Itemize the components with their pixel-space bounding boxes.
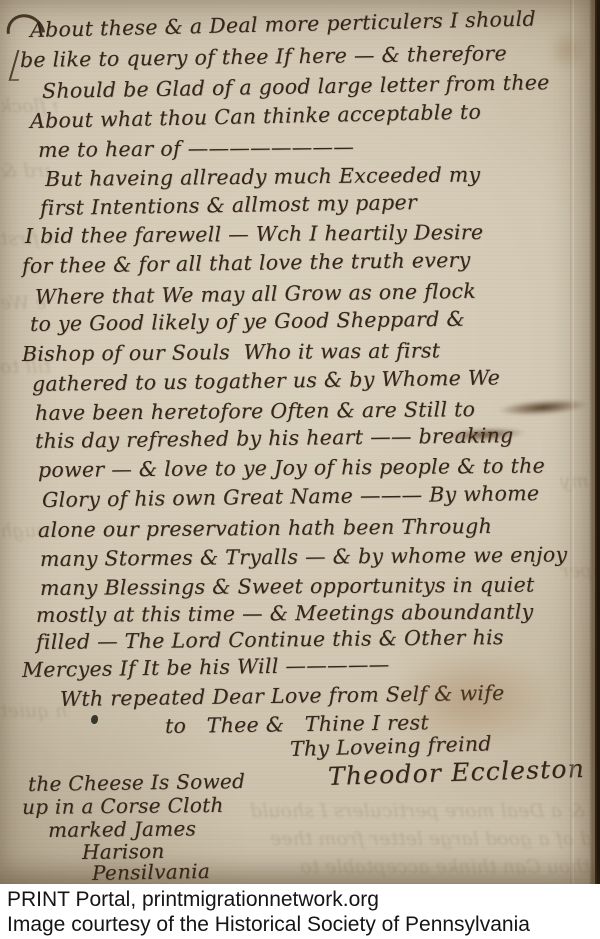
bleedthrough-ink: About what thou Can thinke acceptable to [300, 856, 590, 883]
bleedthrough-ink: Should be Glad of a good large letter fr… [270, 828, 590, 855]
manuscript-line: Glory of his own Great Name ——— By whome [42, 481, 540, 512]
manuscript-photo: Where that We may all Grow as one flock … [0, 0, 600, 884]
manuscript-line: Thy Loveing freind [290, 731, 492, 761]
signature: Theodor Eccleston [328, 754, 586, 791]
manuscript-line: to ye Good likely of ye Good Sheppard & [30, 307, 465, 336]
paper-stain [548, 30, 588, 70]
caption-credit: Image courtesy of the Historical Society… [0, 912, 600, 937]
manuscript-line: mostly at this time — & Meetings abounda… [36, 600, 534, 627]
caption-bar: PRINT Portal, printmigrationnetwork.org … [0, 884, 600, 939]
manuscript-line: Should be Glad of a good large letter fr… [42, 70, 550, 103]
bleedthrough-ink: to ye Good likely of ye Good Sheppard & [0, 160, 50, 187]
bleedthrough-ink: About these & a Deal more perticulers I … [250, 800, 590, 827]
ink-speck [91, 715, 98, 724]
manuscript-line: for thee & for all that love the truth e… [22, 248, 471, 278]
manuscript-line: gathered to us togather us & by Whome We [32, 365, 500, 396]
manuscript-line: But haveing allready much Exceeded my [45, 162, 481, 191]
manuscript-line: About these & a Deal more perticulers I … [30, 7, 536, 42]
page-edge-shadow [589, 0, 600, 884]
manuscript-line: Bishop of our Souls Who it was at first [22, 338, 440, 366]
manuscript-line: me to hear of ———————— [38, 135, 354, 162]
manuscript-line: alone our preservation hath been Through [38, 514, 492, 542]
postscript-line: Pensilvania [92, 859, 210, 884]
page-crease [570, 0, 574, 884]
postscript-line: the Cheese Is Sowed [28, 769, 245, 796]
manuscript-line: power — & love to ye Joy of his people &… [38, 454, 545, 482]
manuscript-line: have been heretofore Often & are Still t… [35, 397, 475, 425]
manuscript-line: be like to query of thee If here — & the… [20, 41, 507, 72]
ink-smudge [498, 397, 589, 418]
manuscript-line: About what thou Can thinke acceptable to [30, 100, 482, 133]
manuscript-line: many Blessings & Sweet opportunitys in q… [40, 573, 535, 600]
manuscript-line: Wth repeated Dear Love from Self & wife [60, 681, 505, 711]
caption-source: PRINT Portal, printmigrationnetwork.org [0, 884, 600, 912]
manuscript-line: many Stormes & Tryalls — & by whome we e… [40, 542, 568, 571]
postscript-line: marked James [48, 816, 196, 842]
manuscript-line: first Intentions & allmost my paper [40, 190, 417, 220]
manuscript-line: filled — The Lord Continue this & Other … [36, 625, 504, 654]
manuscript-line: Mercyes If It be his Will ————— [22, 652, 390, 682]
manuscript-line: Where that We may all Grow as one flock [35, 279, 476, 309]
screenshot-root: Where that We may all Grow as one flock … [0, 0, 600, 939]
manuscript-line: I bid thee farewell — Wch I heartily Des… [25, 220, 484, 248]
postscript-line: up in a Corse Cloth [22, 793, 224, 819]
manuscript-line: this day refreshed by his heart —— break… [35, 423, 514, 453]
